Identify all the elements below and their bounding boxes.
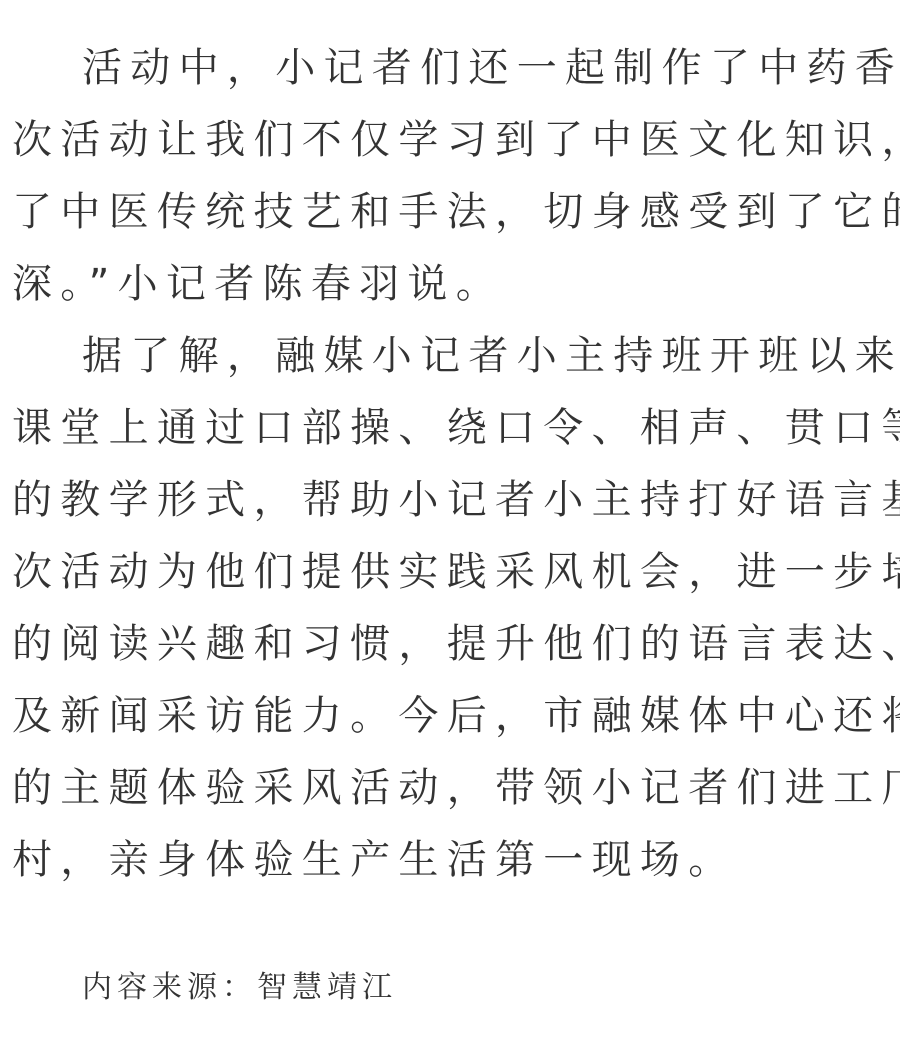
- article-body: 活动中，小记者们还一起制作了中药香囊。“这 次活动让我们不仅学习到了中医文化知识…: [12, 42, 892, 906]
- content-source: 内容来源：智慧靖江: [82, 966, 397, 1010]
- paragraph-line: 活动中，小记者们还一起制作了中药香囊。“这: [12, 42, 892, 114]
- paragraph-line: 课堂上通过口部操、绕口令、相声、贯口等丰富多彩: [12, 402, 892, 474]
- paragraph-line: 的主题体验采风活动，带领小记者们进工厂、到农: [12, 762, 892, 834]
- paragraph-line: 次活动为他们提供实践采风机会，进一步培养了学员: [12, 546, 892, 618]
- paragraph-line: 次活动让我们不仅学习到了中医文化知识，还了解到: [12, 114, 892, 186]
- paragraph-line: 了中医传统技艺和手法，切身感受到了它的博大精: [12, 186, 892, 258]
- paragraph-line: 据了解，融媒小记者小主持班开班以来，老师在: [12, 330, 892, 402]
- paragraph-line: 村，亲身体验生产生活第一现场。: [12, 834, 892, 906]
- paragraph-line: 深。”小记者陈春羽说。: [12, 258, 892, 330]
- paragraph-line: 及新闻采访能力。今后，市融媒体中心还将组织更多: [12, 690, 892, 762]
- paragraph-2: 据了解，融媒小记者小主持班开班以来，老师在 课堂上通过口部操、绕口令、相声、贯口…: [12, 330, 892, 906]
- paragraph-line: 的教学形式，帮助小记者小主持打好语言基本功。这: [12, 474, 892, 546]
- paragraph-line: 的阅读兴趣和习惯，提升他们的语言表达、公开演说: [12, 618, 892, 690]
- paragraph-1: 活动中，小记者们还一起制作了中药香囊。“这 次活动让我们不仅学习到了中医文化知识…: [12, 42, 892, 330]
